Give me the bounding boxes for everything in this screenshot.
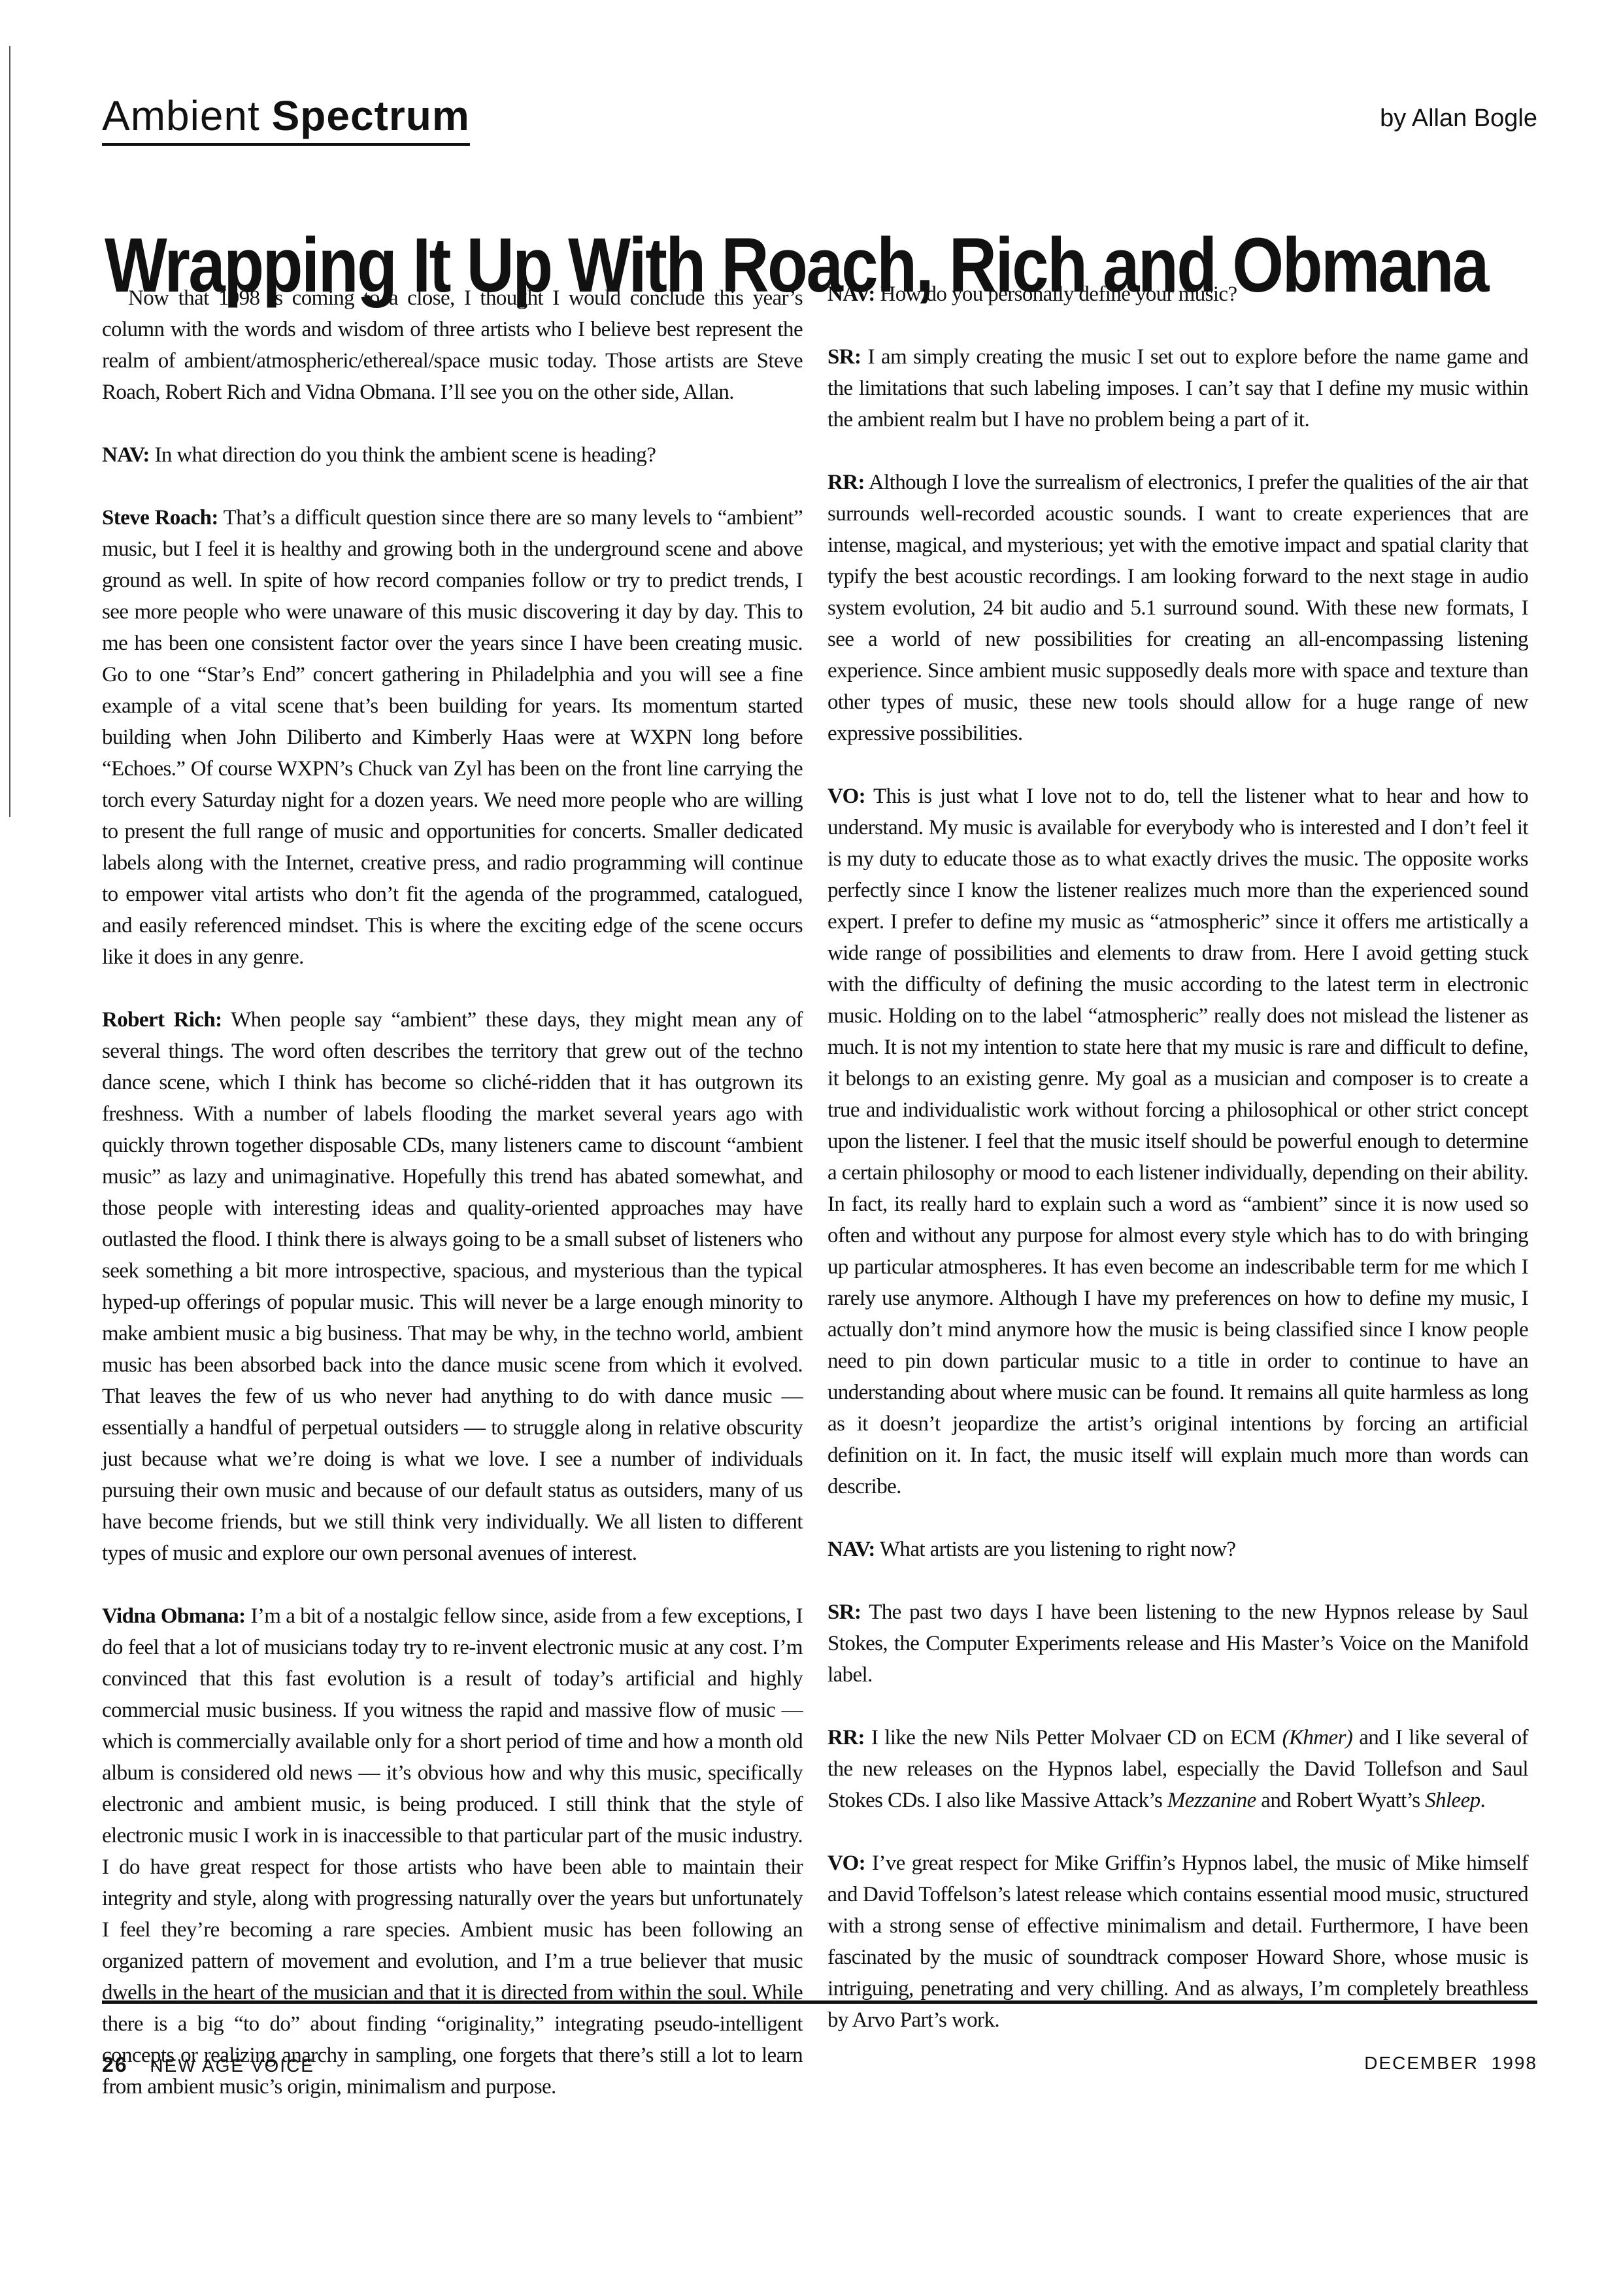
publication-name: NEW AGE VOICE: [150, 2055, 314, 2076]
answer-rich-1: Robert Rich: When people say “ambient” t…: [102, 1004, 803, 1569]
answer-text: I am simply creating the music I set out…: [827, 345, 1528, 431]
answer-text: When people say “ambient” these days, th…: [102, 1008, 803, 1565]
speaker-label: RR:: [827, 471, 865, 494]
question-3: NAV: What artists are you listening to r…: [827, 1534, 1528, 1565]
answer-text: and Robert Wyatt’s: [1256, 1789, 1426, 1812]
section-name-light: Ambient: [102, 92, 260, 139]
answer-vo-3: VO: I’ve great respect for Mike Griffin’…: [827, 1848, 1528, 2036]
question-text: In what direction do you think the ambie…: [154, 443, 656, 467]
speaker-label: SR:: [827, 1600, 861, 1624]
answer-obmana-1: Vidna Obmana: I’m a bit of a nostalgic f…: [102, 1600, 803, 2102]
speaker-label: NAV:: [827, 282, 875, 306]
speaker-label: SR:: [827, 345, 861, 369]
question-text: How do you personally define your music?: [880, 282, 1237, 306]
answer-roach-1: Steve Roach: That’s a difficult question…: [102, 502, 803, 973]
album-title-khmer: (Khmer): [1282, 1726, 1353, 1749]
speaker-label: VO:: [827, 1851, 865, 1875]
section-name-bold: Spectrum: [272, 92, 470, 139]
page-number: 26: [102, 2053, 128, 2076]
question-2: NAV: How do you personally define your m…: [827, 279, 1528, 310]
answer-text: .: [1480, 1789, 1486, 1812]
answer-sr-3: SR: The past two days I have been listen…: [827, 1596, 1528, 1691]
album-title-mezzanine: Mezzanine: [1167, 1789, 1256, 1812]
album-title-shleep: Shleep: [1425, 1789, 1480, 1812]
answer-text: I’m a bit of a nostalgic fellow since, a…: [102, 1604, 803, 2099]
issue-date: DECEMBER 1998: [1364, 2053, 1537, 2074]
left-column: Now that 1998 is coming to a close, I th…: [102, 282, 803, 2102]
scan-margin-line: [9, 46, 10, 817]
footer-folio: 26 NEW AGE VOICE: [102, 2053, 314, 2077]
answer-text: This is just what I love not to do, tell…: [827, 785, 1528, 1498]
speaker-label: VO:: [827, 785, 865, 808]
speaker-label: NAV:: [102, 443, 150, 467]
answer-rr-2: RR: Although I love the surrealism of el…: [827, 467, 1528, 749]
speaker-label: Vidna Obmana:: [102, 1604, 246, 1628]
speaker-label: NAV:: [827, 1538, 875, 1561]
answer-text: Although I love the surrealism of electr…: [827, 471, 1528, 745]
speaker-label: RR:: [827, 1726, 865, 1749]
right-column: NAV: How do you personally define your m…: [827, 279, 1528, 2036]
answer-text: I like the new Nils Petter Molvaer CD on…: [871, 1726, 1282, 1749]
answer-text: The past two days I have been listening …: [827, 1600, 1528, 1687]
answer-sr-2: SR: I am simply creating the music I set…: [827, 341, 1528, 435]
intro-paragraph: Now that 1998 is coming to a close, I th…: [102, 282, 803, 408]
answer-text: I’ve great respect for Mike Griffin’s Hy…: [827, 1851, 1528, 2032]
byline: by Allan Bogle: [1380, 105, 1537, 133]
footer-divider: [102, 2001, 1537, 2004]
speaker-label: Robert Rich:: [102, 1008, 222, 1032]
question-1: NAV: In what direction do you think the …: [102, 439, 803, 471]
answer-text: That’s a difficult question since there …: [102, 506, 803, 969]
answer-vo-2: VO: This is just what I love not to do, …: [827, 781, 1528, 1502]
question-text: What artists are you listening to right …: [880, 1538, 1236, 1561]
speaker-label: Steve Roach:: [102, 506, 218, 530]
section-kicker: Ambient Spectrum: [102, 95, 470, 146]
answer-rr-3: RR: I like the new Nils Petter Molvaer C…: [827, 1722, 1528, 1816]
